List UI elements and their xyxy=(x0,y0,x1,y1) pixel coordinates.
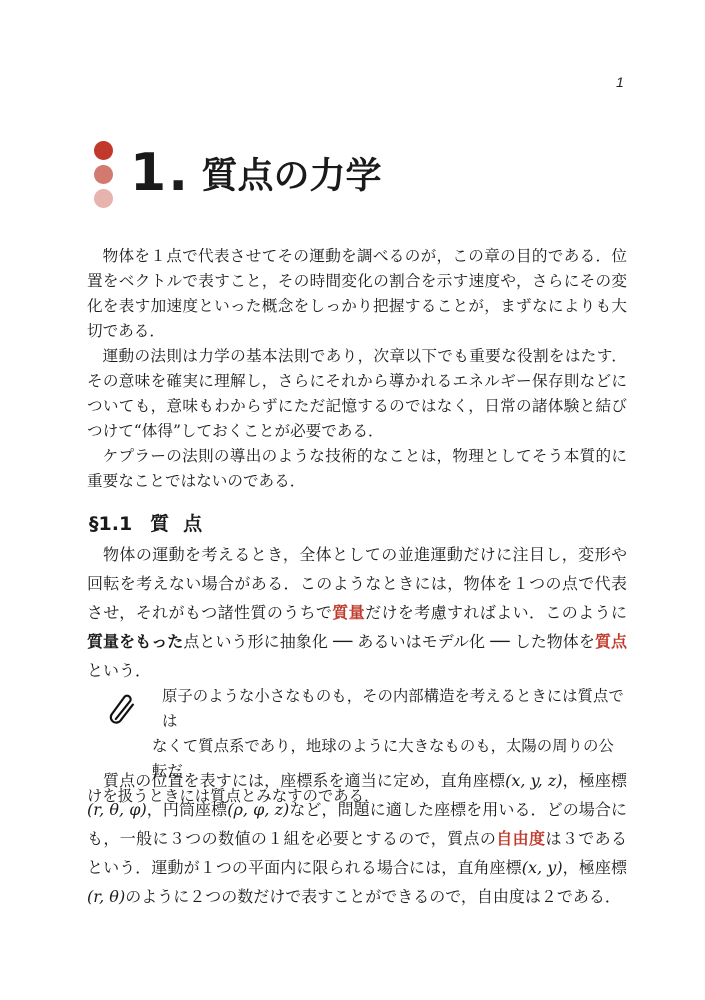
math-cylindrical: (ρ, φ, z) xyxy=(227,800,289,819)
coordinates-paragraph: 質点の位置を表すには，座標系を適当に定め，直角座標(x, y, z)，極座標(r… xyxy=(87,766,627,911)
text-run: という． xyxy=(87,661,151,680)
key-term-point-mass: 質点 xyxy=(595,632,627,651)
chapter-intro: 物体を１点で代表させてその運動を調べるのが，この章の目的である．位置をベクトルで… xyxy=(87,244,627,494)
section-number: §1.1 xyxy=(89,513,132,535)
section-title: 質点 xyxy=(150,513,216,535)
bold-text: 質量をもった xyxy=(87,632,183,651)
paperclip-icon xyxy=(105,692,141,728)
intro-paragraph: ケプラーの法則の導出のような技術的なことは，物理としてそう本質的に重要なことでは… xyxy=(87,444,627,494)
chapter-number: 1 xyxy=(130,143,168,203)
dot-icon xyxy=(94,141,113,160)
math-polar: (r, θ) xyxy=(87,887,125,906)
intro-paragraph: 運動の法則は力学の基本法則であり，次章以下でも重要な役割をはたす．その意味を確実… xyxy=(87,344,627,444)
math-spherical: (r, θ, φ) xyxy=(87,800,147,819)
chapter-heading: 1. 質点の力学 xyxy=(94,141,514,216)
intro-paragraph: 物体を１点で代表させてその運動を調べるのが，この章の目的である．位置をベクトルで… xyxy=(87,244,627,344)
text-run: 質点の位置を表すには，座標系を適当に定め，直角座標 xyxy=(103,771,505,790)
dot-icon xyxy=(94,189,113,208)
page-number: 1 xyxy=(616,74,624,90)
dot-icon xyxy=(94,165,113,184)
chapter-number-suffix: . xyxy=(168,143,188,203)
text-run: ，極座標 xyxy=(563,771,627,790)
text-run: だけを考慮すればよい．このように xyxy=(365,603,627,622)
text-run: ，極座標 xyxy=(563,858,627,877)
chapter-title-text: 質点の力学 xyxy=(202,156,382,197)
text-run: 点という形に抽象化 ── あるいはモデル化 ── した物体を xyxy=(183,632,595,651)
text-run: のように２つの数だけで表すことができるので，自由度は２である． xyxy=(125,887,621,906)
section-paragraph: 物体の運動を考えるとき，全体としての並進運動だけに注目し，変形や回転を考えない場… xyxy=(87,540,627,685)
math-cartesian-2d: (x, y) xyxy=(522,858,563,877)
text-run: ，円筒座標 xyxy=(147,800,228,819)
chapter-dots-decoration xyxy=(94,141,116,213)
key-term-mass: 質量 xyxy=(332,603,365,622)
key-term-degrees-of-freedom: 自由度 xyxy=(496,829,545,848)
math-cartesian-3d: (x, y, z) xyxy=(505,771,562,790)
note-line: 原子のような小さなものも，その内部構造を考えるときには質点では xyxy=(87,684,627,734)
chapter-title: 1. 質点の力学 xyxy=(130,143,382,203)
section-heading: §1.1質点 xyxy=(89,509,216,536)
